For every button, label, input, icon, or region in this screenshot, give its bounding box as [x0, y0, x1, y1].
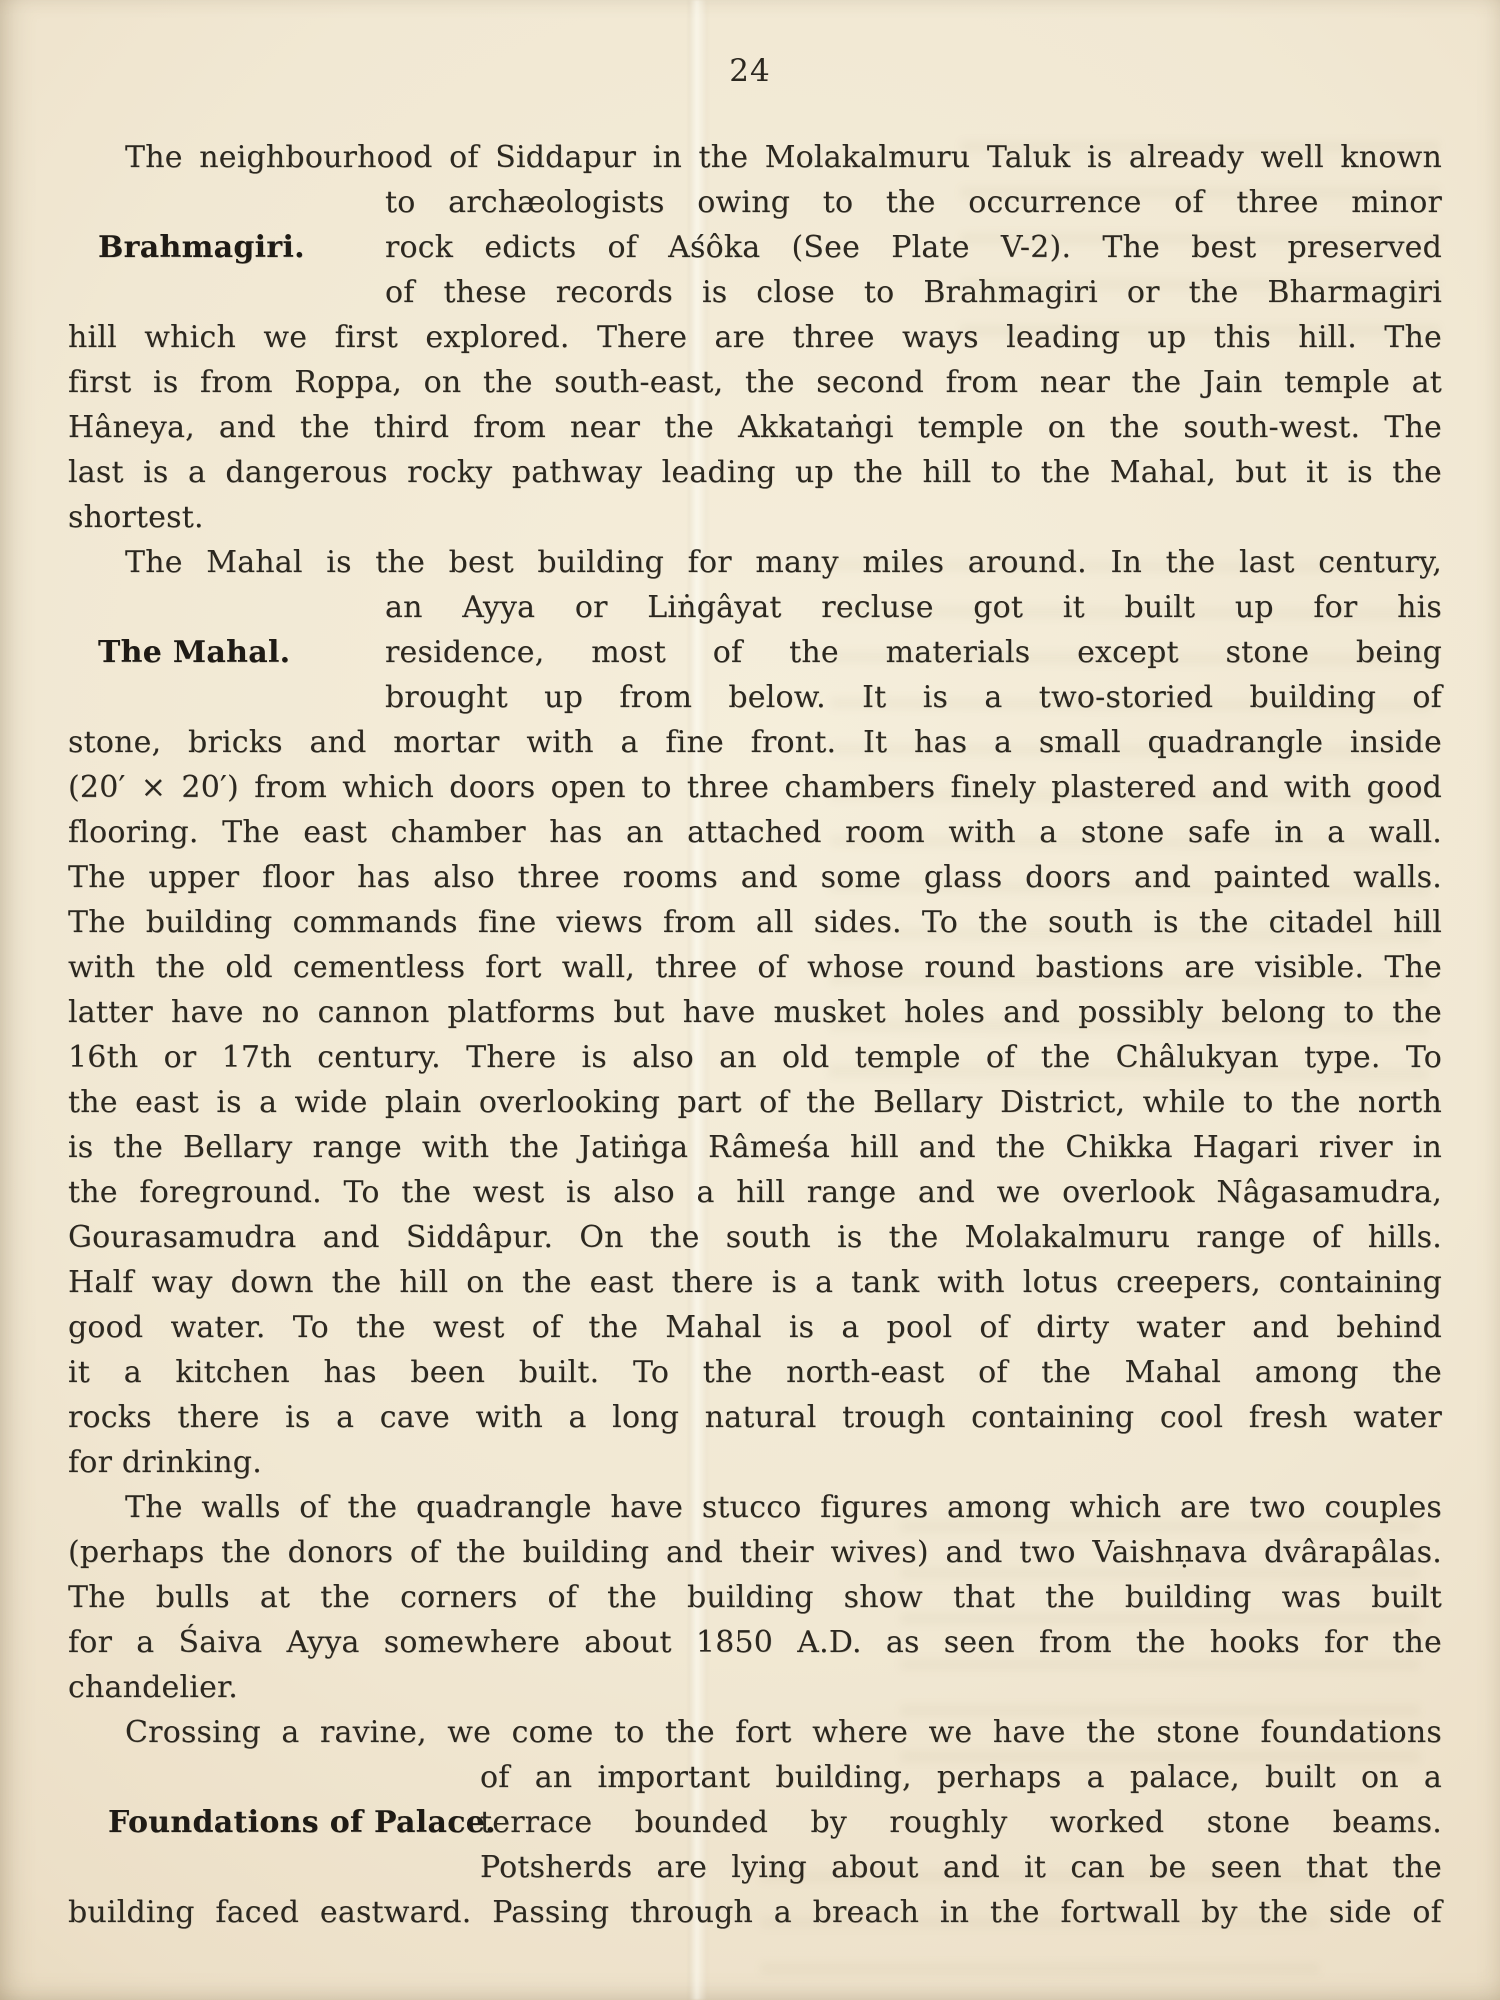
sidehead-row: The Mahal. an Ayya or Liṅgâyat recluse g… — [68, 585, 1442, 720]
text-line: The walls of the quadrangle have stucco … — [68, 1485, 1442, 1530]
text-line: residence, most of the materials except … — [385, 630, 1442, 675]
text-line: Gourasamudra and Siddâpur. On the south … — [68, 1215, 1442, 1260]
paragraph-lead: The neighbourhood of Siddapur in the Mol… — [68, 135, 1442, 180]
text-line: for a Śaiva Ayya somewhere about 1850 A.… — [68, 1620, 1442, 1665]
text-line: shortest. — [68, 495, 1442, 540]
paragraph-rest: The walls of the quadrangle have stucco … — [68, 1485, 1442, 1710]
sidehead-row: Brahmagiri. to archæologists owing to th… — [68, 180, 1442, 315]
text-line: (20′ × 20′) from which doors open to thr… — [68, 765, 1442, 810]
text-line: The building commands fine views from al… — [68, 900, 1442, 945]
text-line: first is from Roppa, on the south-east, … — [68, 360, 1442, 405]
paragraph-rest: hill which we first explored. There are … — [68, 315, 1442, 540]
scanned-page: 24 The neighbourhood of Siddapur in the … — [0, 0, 1500, 2000]
side-heading-brahmagiri: Brahmagiri. — [68, 225, 385, 270]
text-line: terrace bounded by roughly worked stone … — [480, 1800, 1442, 1845]
page-number: 24 — [0, 0, 1500, 90]
text-line: to archæologists owing to the occurrence… — [385, 180, 1442, 225]
text-line: it a kitchen has been built. To the nort… — [68, 1350, 1442, 1395]
paragraph-the-mahal: The Mahal is the best building for many … — [68, 540, 1442, 1485]
text-line: of these records is close to Brahmagiri … — [385, 270, 1442, 315]
text-line: stone, bricks and mortar with a fine fro… — [68, 720, 1442, 765]
text-line: Potsherds are lying about and it can be … — [480, 1845, 1442, 1890]
text-line: of an important building, perhaps a pala… — [480, 1755, 1442, 1800]
text-line: Half way down the hill on the east there… — [68, 1260, 1442, 1305]
text-line: 16th or 17th century. There is also an o… — [68, 1035, 1442, 1080]
text-line: chandelier. — [68, 1665, 1442, 1710]
paragraph-rest: stone, bricks and mortar with a fine fro… — [68, 720, 1442, 1485]
paragraph-beside: to archæologists owing to the occurrence… — [385, 180, 1442, 315]
text-line: an Ayya or Liṅgâyat recluse got it built… — [385, 585, 1442, 630]
paragraph-beside: an Ayya or Liṅgâyat recluse got it built… — [385, 585, 1442, 720]
text-line: for drinking. — [68, 1440, 1442, 1485]
paragraph-rest: building faced eastward. Passing through… — [68, 1890, 1442, 1935]
side-heading-foundations-of-palace: Foundations of Palace. — [68, 1800, 480, 1845]
text-line: the east is a wide plain overlooking par… — [68, 1080, 1442, 1125]
text-line: building faced eastward. Passing through… — [68, 1890, 1442, 1935]
text-line: Crossing a ravine, we come to the fort w… — [68, 1710, 1442, 1755]
text-line: brought up from below. It is a two-stori… — [385, 675, 1442, 720]
text-line: The bulls at the corners of the building… — [68, 1575, 1442, 1620]
text-line: with the old cementless fort wall, three… — [68, 945, 1442, 990]
paragraph-lead: The Mahal is the best building for many … — [68, 540, 1442, 585]
text-line: Hâneya, and the third from near the Akka… — [68, 405, 1442, 450]
paragraph-lead: Crossing a ravine, we come to the fort w… — [68, 1710, 1442, 1755]
text-line: hill which we first explored. There are … — [68, 315, 1442, 360]
text-line: latter have no cannon platforms but have… — [68, 990, 1442, 1035]
sidehead-row: Foundations of Palace. of an important b… — [68, 1755, 1442, 1890]
text-line: the foreground. To the west is also a hi… — [68, 1170, 1442, 1215]
side-heading-the-mahal: The Mahal. — [68, 630, 385, 675]
text-line: (perhaps the donors of the building and … — [68, 1530, 1442, 1575]
text-line: flooring. The east chamber has an attach… — [68, 810, 1442, 855]
paragraph-foundations: Crossing a ravine, we come to the fort w… — [68, 1710, 1442, 1935]
text-line: The upper floor has also three rooms and… — [68, 855, 1442, 900]
text-line: The neighbourhood of Siddapur in the Mol… — [68, 135, 1442, 180]
paragraph-beside: of an important building, perhaps a pala… — [480, 1755, 1442, 1890]
text-line: The Mahal is the best building for many … — [68, 540, 1442, 585]
text-line: is the Bellary range with the Jatiṅga Râ… — [68, 1125, 1442, 1170]
page-body: The neighbourhood of Siddapur in the Mol… — [0, 135, 1500, 1935]
text-line: last is a dangerous rocky pathway leadin… — [68, 450, 1442, 495]
paragraph-quadrangle: The walls of the quadrangle have stucco … — [68, 1485, 1442, 1710]
text-line: good water. To the west of the Mahal is … — [68, 1305, 1442, 1350]
text-line: rock edicts of Aśôka (See Plate V-2). Th… — [385, 225, 1442, 270]
paragraph-brahmagiri: The neighbourhood of Siddapur in the Mol… — [68, 135, 1442, 540]
text-line: rocks there is a cave with a long natura… — [68, 1395, 1442, 1440]
